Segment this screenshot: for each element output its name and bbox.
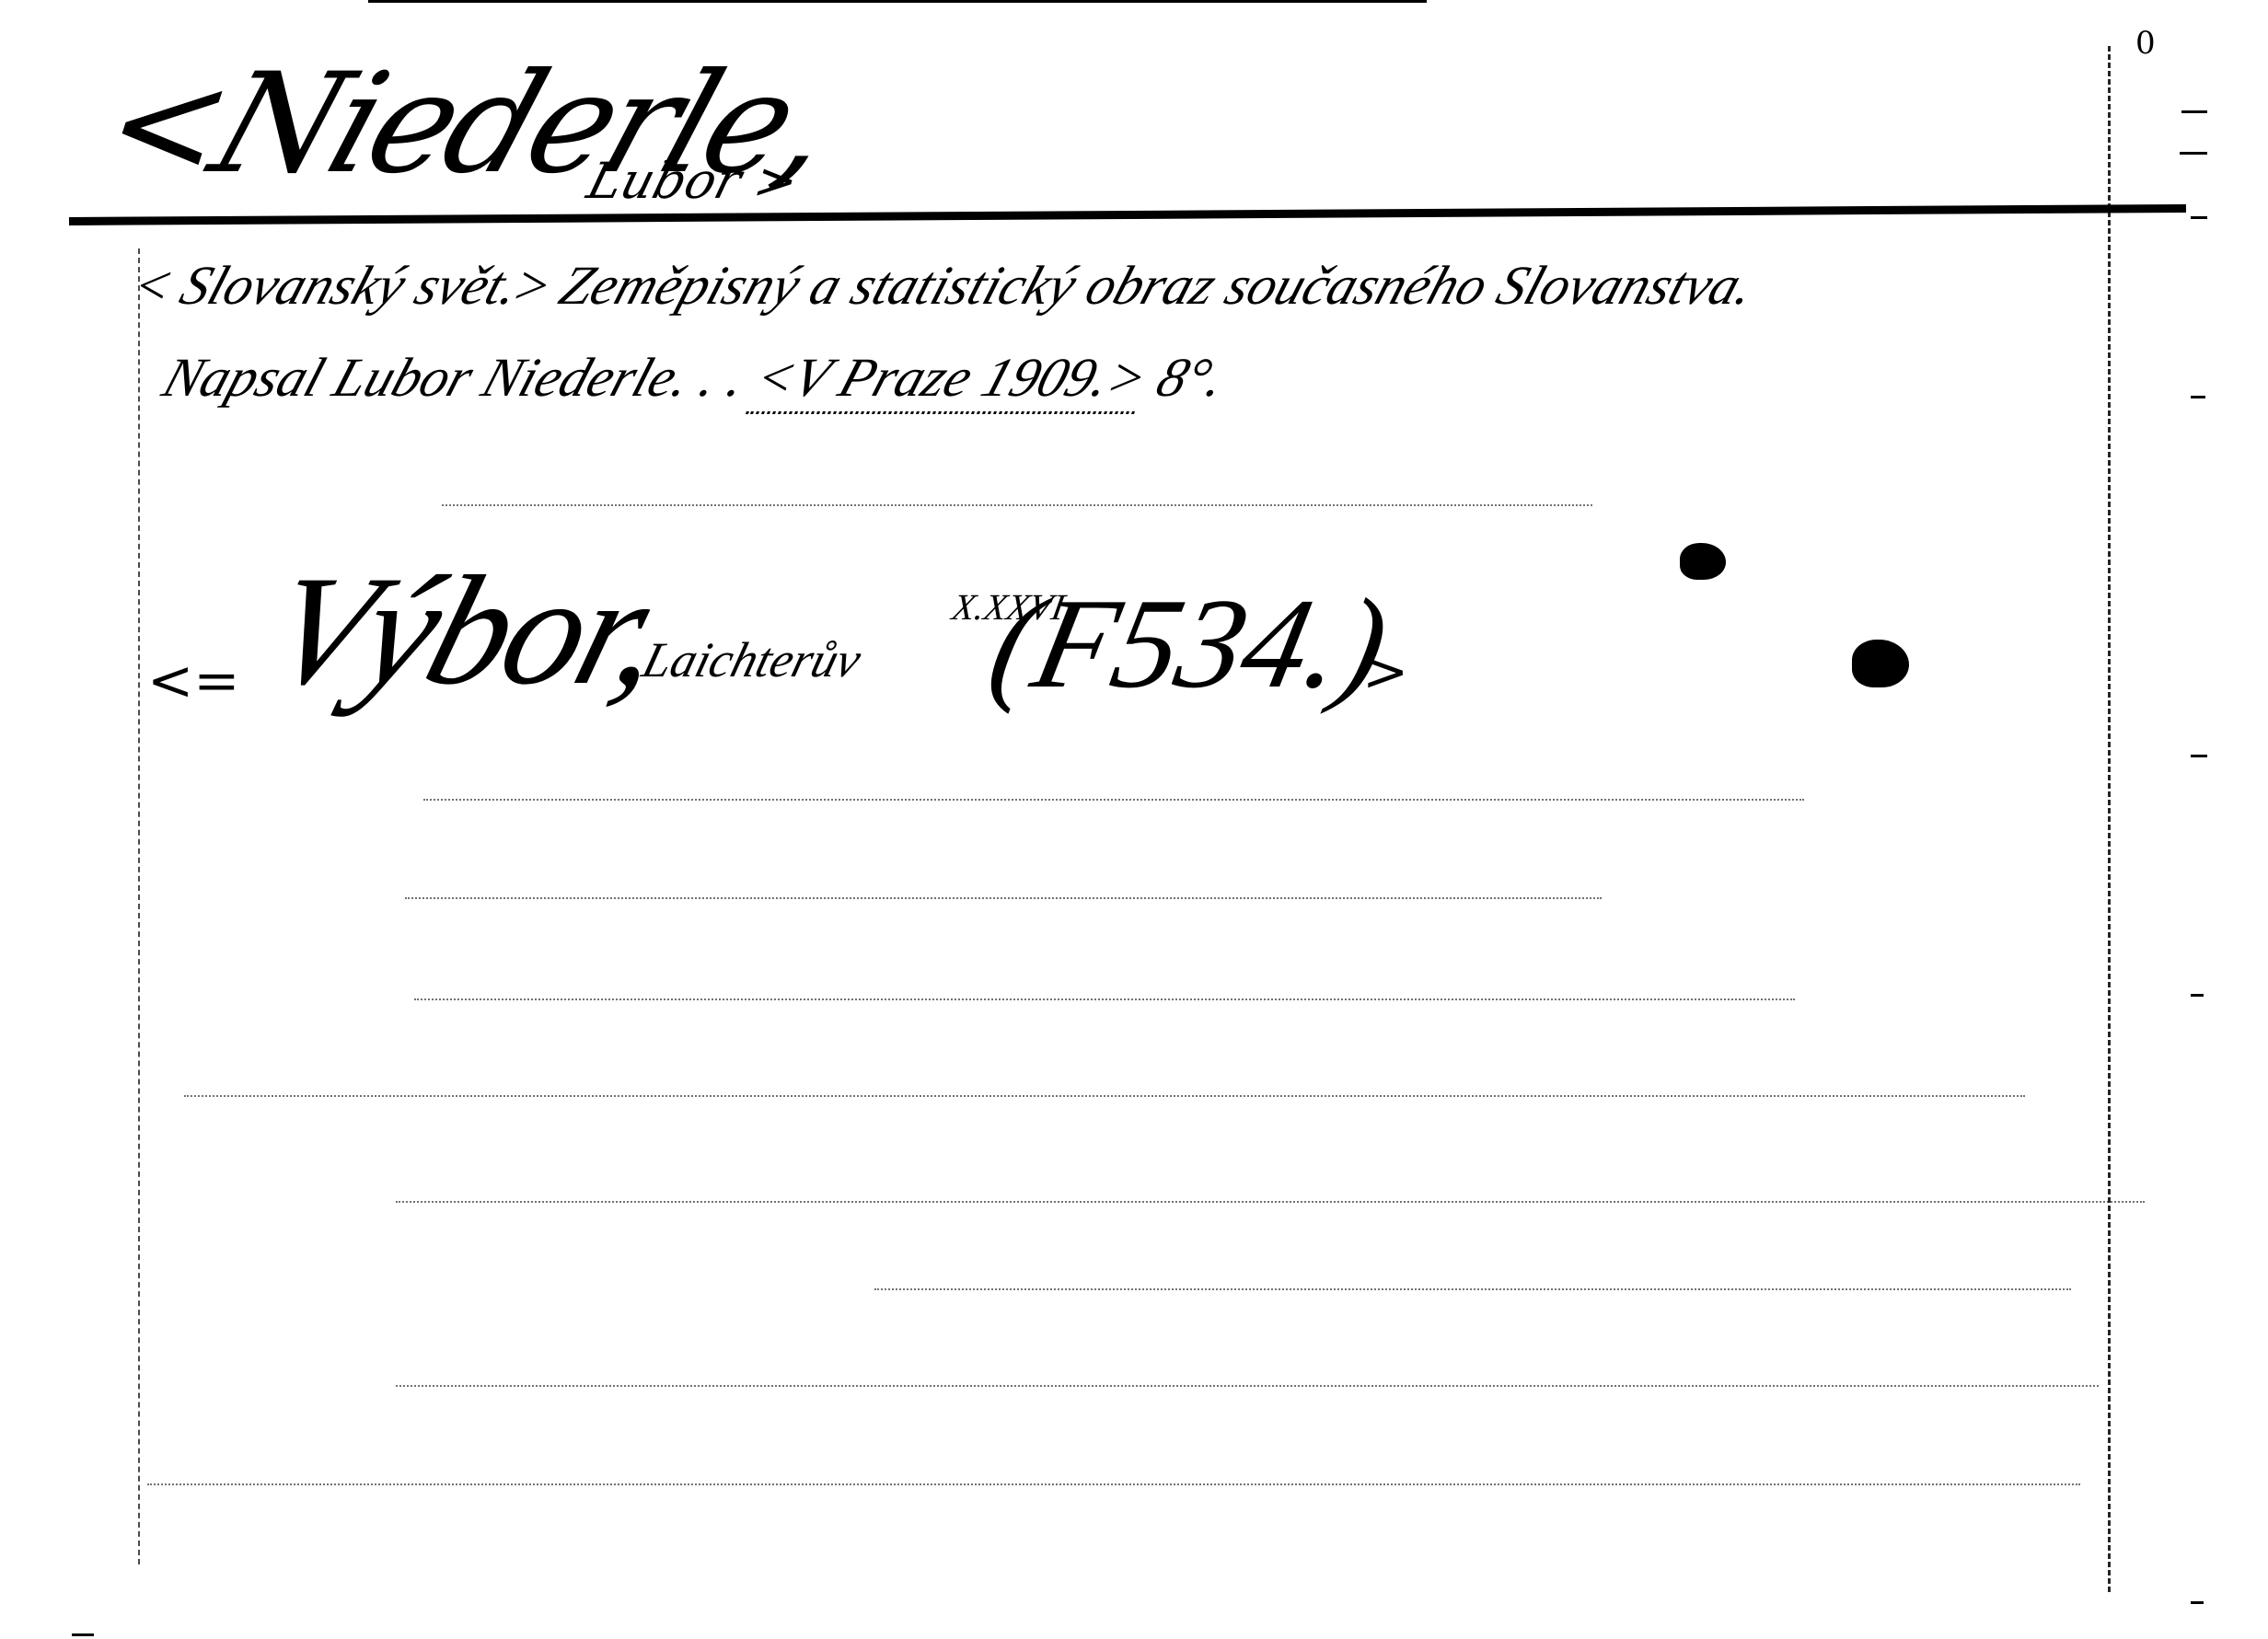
series-prefix: <= bbox=[147, 653, 240, 709]
right-margin-guide bbox=[2108, 46, 2111, 1592]
title-line: < Slovanský svět.> Zeměpisný a statistic… bbox=[129, 258, 1762, 313]
ink-blot bbox=[1852, 640, 1909, 687]
edge-mark bbox=[2191, 755, 2207, 757]
ruled-line bbox=[184, 1095, 2025, 1097]
series-name: Výbor, bbox=[254, 552, 681, 709]
card-top-edge bbox=[368, 0, 1427, 3]
ruled-line bbox=[396, 1201, 2145, 1203]
edge-mark bbox=[2191, 1601, 2204, 1604]
uniform-title: Slovanský svět. bbox=[173, 255, 527, 316]
ruled-line bbox=[405, 897, 1602, 899]
subtitle: Zeměpisný a statistický obraz současného… bbox=[552, 255, 1763, 316]
ruled-line bbox=[147, 1483, 2080, 1485]
catalog-card: 0 <Niederle, Lubor > < Slovanský svět.> … bbox=[0, 0, 2268, 1639]
edge-mark bbox=[2180, 152, 2207, 155]
ink-blot bbox=[1680, 543, 1726, 580]
title-open-bracket: < bbox=[128, 255, 179, 316]
edge-mark bbox=[72, 1633, 94, 1636]
imprint-line: Napsal Lubor Niederle. . . <V Praze 1909… bbox=[156, 350, 1232, 405]
author-given-name-text: Lubor bbox=[582, 152, 747, 210]
ruled-line bbox=[414, 998, 1795, 1000]
series-publisher: Laichterův bbox=[638, 635, 866, 685]
corner-mark: 0 bbox=[2135, 28, 2156, 59]
place-date: <V Praze 1909.> bbox=[746, 347, 1155, 414]
edge-mark bbox=[2191, 994, 2204, 997]
ruled-line bbox=[874, 1288, 2071, 1290]
edge-mark bbox=[2191, 216, 2207, 219]
ruled-line bbox=[442, 504, 1592, 506]
left-margin-guide bbox=[138, 248, 140, 1564]
series-close-bracket: > bbox=[1362, 644, 1408, 699]
format: 8°. bbox=[1150, 347, 1232, 408]
shelf-code: (F534.) bbox=[980, 580, 1398, 709]
statement-of-responsibility: Napsal Lubor Niederle. . . bbox=[156, 347, 754, 408]
ruled-line bbox=[396, 1385, 2099, 1387]
ruled-line bbox=[423, 799, 1804, 801]
edge-mark bbox=[2181, 110, 2207, 113]
author-given-name: Lubor > bbox=[583, 156, 804, 206]
edge-mark bbox=[2191, 396, 2205, 398]
heading-rule bbox=[69, 204, 2186, 225]
